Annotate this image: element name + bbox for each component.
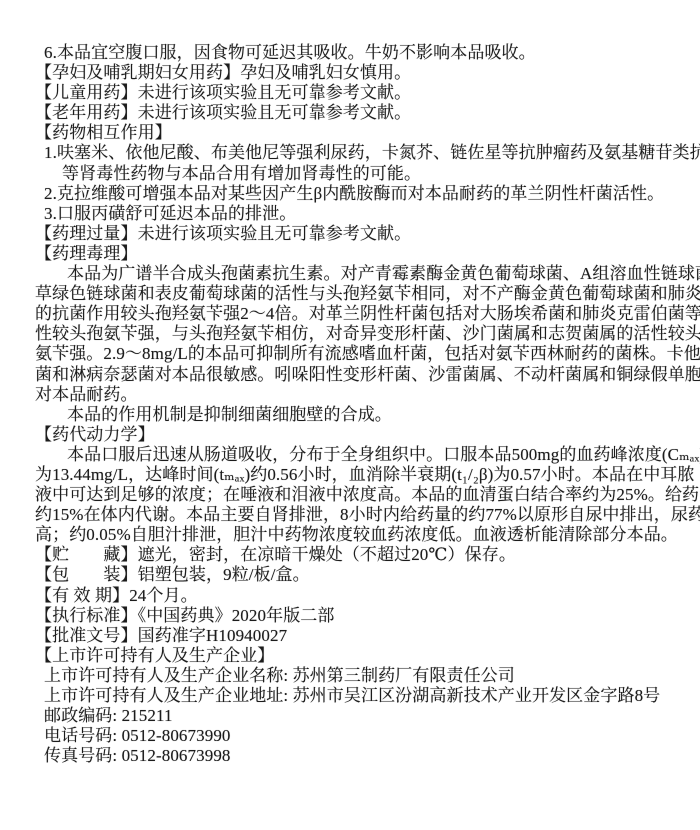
text-line: 本品为广谱半合成头孢菌素抗生素。对产青霉素酶金黄色葡萄球菌、A组溶血性链球菌、: [35, 264, 675, 284]
section-heading-line: 【贮 藏】遮光，密封，在凉暗干燥处（不超过20℃）保存。: [35, 545, 675, 565]
text-line: 2.克拉维酸可增强本品对某些因产生β内酰胺酶而对本品耐药的革兰阴性杆菌活性。: [35, 184, 675, 204]
section-heading-line: 【药理过量】未进行该项实验且无可靠参考文献。: [35, 224, 675, 244]
contact-line: 邮政编码: 215211: [35, 706, 675, 726]
section-heading-line: 【药物相互作用】: [35, 123, 675, 143]
text-line: 草绿色链球菌和表皮葡萄球菌的活性与头孢羟氨苄相同，对不产酶金黄色葡萄球菌和肺炎球…: [35, 284, 675, 304]
leaflet-body: 6.本品宜空腹口服，因食物可延迟其吸收。牛奶不影响本品吸收。【孕妇及哺乳期妇女用…: [35, 43, 675, 766]
contact-line: 电话号码: 0512-80673990: [35, 726, 675, 746]
section-heading-line: 【孕妇及哺乳期妇女用药】孕妇及哺乳妇女慎用。: [35, 63, 675, 83]
text-line: 约15%在体内代谢。本品主要自肾排泄，8小时内给药量的约77%以原形自尿中排出，…: [35, 505, 675, 525]
contact-line: 上市许可持有人及生产企业名称: 苏州第三制药厂有限责任公司: [35, 666, 675, 686]
text-line: 等肾毒性药物与本品合用有增加肾毒性的可能。: [35, 164, 675, 184]
section-heading-line: 【老年用药】未进行该项实验且无可靠参考文献。: [35, 103, 675, 123]
text-line: 本品的作用机制是抑制细菌细胞壁的合成。: [35, 405, 675, 425]
section-heading-line: 【药代动力学】: [35, 425, 675, 445]
text-line: 高；约0.05%自胆汁排泄，胆汁中药物浓度较血药浓度低。血液透析能清除部分本品。: [35, 525, 675, 545]
text-line: 3.口服丙磺舒可延迟本品的排泄。: [35, 204, 675, 224]
contact-line: 上市许可持有人及生产企业地址: 苏州市吴江区汾湖高新技术产业开发区金字路8号: [35, 686, 675, 706]
text-line: 性较头孢氨苄强，与头孢羟氨苄相仿，对奇异变形杆菌、沙门菌属和志贺菌属的活性较头孢…: [35, 324, 675, 344]
contact-line: 传真号码: 0512-80673998: [35, 746, 675, 766]
section-heading-line: 【执行标准】《中国药典》2020年版二部: [35, 606, 675, 626]
text-line: 菌和淋病奈瑟菌对本品很敏感。吲哚阳性变形杆菌、沙雷菌属、不动杆菌属和铜绿假单胞菌…: [35, 365, 675, 385]
text-line: 对本品耐药。: [35, 385, 675, 405]
section-heading-line: 【药理毒理】: [35, 244, 675, 264]
text-line: 为13.44mg/L，达峰时间(tₘₐₓ)约0.56小时，血消除半衰期(t₁/₂…: [35, 465, 675, 485]
text-line: 液中可达到足够的浓度；在唾液和泪液中浓度高。本品的血清蛋白结合率约为25%。给药…: [35, 485, 675, 505]
section-heading-line: 【有 效 期】24个月。: [35, 586, 675, 606]
section-heading-line: 【包 装】铝塑包装，9粒/板/盒。: [35, 565, 675, 585]
text-line: 氨苄强。2.9～8mg/L的本品可抑制所有流感嗜血杆菌，包括对氨苄西林耐药的菌株…: [35, 344, 675, 364]
text-line: 的抗菌作用较头孢羟氨苄强2～4倍。对革兰阴性杆菌包括对大肠埃希菌和肺炎克雷伯菌等…: [35, 304, 675, 324]
text-line: 6.本品宜空腹口服，因食物可延迟其吸收。牛奶不影响本品吸收。: [35, 43, 675, 63]
section-heading-line: 【上市许可持有人及生产企业】: [35, 646, 675, 666]
section-heading-line: 【批准文号】国药准字H10940027: [35, 626, 675, 646]
text-line: 本品口服后迅速从肠道吸收，分布于全身组织中。口服本品500mg的血药峰浓度(Cₘ…: [35, 445, 675, 465]
drug-leaflet-page: 6.本品宜空腹口服，因食物可延迟其吸收。牛奶不影响本品吸收。【孕妇及哺乳期妇女用…: [0, 0, 700, 830]
text-line: 1.呋塞米、依他尼酸、布美他尼等强利尿药，卡氮芥、链佐星等抗肿瘤药及氨基糖苷类抗…: [35, 143, 675, 163]
section-heading-line: 【儿童用药】未进行该项实验且无可靠参考文献。: [35, 83, 675, 103]
